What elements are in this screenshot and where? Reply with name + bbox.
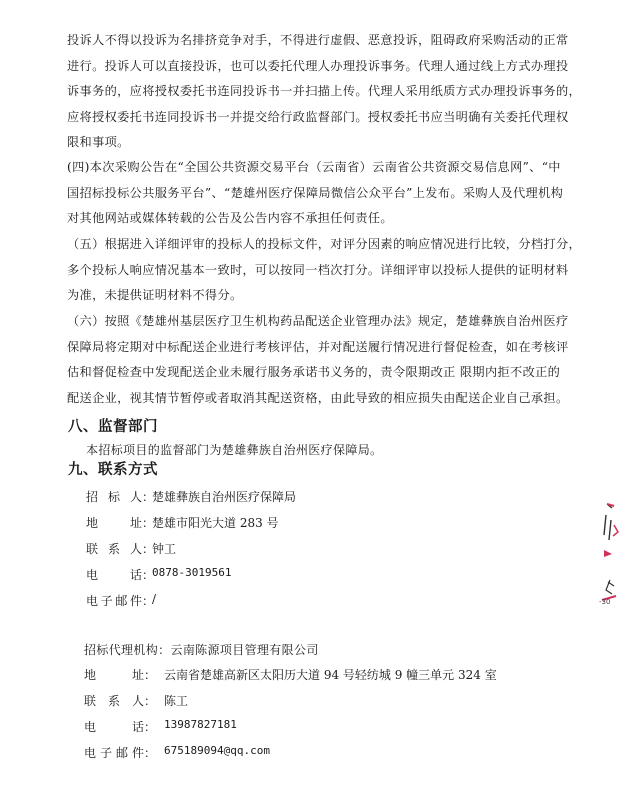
field-value: 13987827181	[164, 718, 237, 735]
section-8-body: 本招标项目的监督部门为楚雄彝族自治州医疗保障局。	[86, 441, 382, 458]
field-colon: ：	[144, 692, 164, 709]
agency-contact-row: 联系人 ： 陈工	[84, 692, 188, 709]
text-line: （五）根据进入详细评审的投标人的投标文件，对评分因素的响应情况进行比较，分档打分…	[67, 232, 547, 258]
tenderer-phone-row: 电话 ： 0878-3019561	[86, 566, 231, 583]
text-line: 为准，未提供证明材料不得分。	[67, 283, 547, 309]
field-colon: ：	[142, 514, 152, 531]
field-value: 云南陈源项目管理有限公司	[170, 643, 318, 657]
field-label: 电话	[84, 718, 144, 735]
field-colon: ：	[144, 718, 164, 735]
field-label: 联系人	[84, 692, 144, 709]
field-colon: ：	[142, 566, 152, 583]
field-value: 楚雄市阳光大道 283 号	[152, 514, 279, 531]
text-line: 多个投标人响应情况基本一致时，可以按同一档次打分。详细评审以投标人提供的证明材料	[67, 258, 547, 284]
field-label: 招标人	[86, 488, 142, 505]
agency-phone-row: 电话 ： 13987827181	[84, 718, 237, 735]
text-line: （六）按照《楚雄州基层医疗卫生机构药品配送企业管理办法》规定，楚雄彝族自治州医疗	[67, 309, 547, 335]
field-value: 云南省楚雄高新区太阳历大道 94 号轻纺城 9 幢三单元 324 室	[164, 666, 497, 683]
paragraph-5: （五）根据进入详细评审的投标人的投标文件，对评分因素的响应情况进行比较，分档打分…	[67, 232, 547, 309]
field-colon: ：	[142, 592, 152, 609]
tenderer-address-row: 地址 ： 楚雄市阳光大道 283 号	[86, 514, 279, 531]
field-label: 电子邮件	[84, 744, 144, 761]
text-line: 估和督促检查中发现配送企业未履行服务承诺书义务的，责令限期改正 限期内拒不改正的	[67, 360, 547, 386]
field-label: 联系人	[86, 540, 142, 557]
text-line: 限和事项。	[67, 130, 547, 156]
text-line: (四)本次采购公告在“全国公共资源交易平台（云南省）云南省公共资源交易信息网”、…	[67, 155, 547, 181]
tenderer-name-row: 招标人 ： 楚雄彝族自治州医疗保障局	[86, 488, 296, 505]
agency-email-row: 电子邮件 ： 675189094@qq.com	[84, 744, 270, 761]
field-label: 招标代理机构	[84, 643, 158, 657]
field-colon: ：	[144, 666, 164, 683]
section-9-heading: 九、联系方式	[68, 458, 158, 479]
tenderer-contact-row: 联系人 ： 钟工	[86, 540, 176, 557]
paragraph-6: （六）按照《楚雄州基层医疗卫生机构药品配送企业管理办法》规定，楚雄彝族自治州医疗…	[67, 309, 547, 411]
field-value: 钟工	[152, 540, 176, 557]
text-line: 应将授权委托书连同投诉书一并提交给行政监督部门。授权委托书应当明确有关委托代理权	[67, 105, 547, 131]
field-label: 电子邮件	[86, 592, 142, 609]
field-colon: ：	[158, 643, 170, 657]
field-value: 楚雄彝族自治州医疗保障局	[152, 488, 296, 505]
field-label: 地址	[84, 666, 144, 683]
field-colon: ：	[142, 540, 152, 557]
text-line: 投诉人不得以投诉为名排挤竞争对手，不得进行虚假、恶意投诉，阻碍政府采购活动的正常	[67, 28, 547, 54]
agency-name-row: 招标代理机构：云南陈源项目管理有限公司	[84, 641, 319, 658]
field-label: 电话	[86, 566, 142, 583]
text-line: 对其他网站或媒体转载的公告及公告内容不承担任何责任。	[67, 206, 547, 232]
field-label: 地址	[86, 514, 142, 531]
section-8-heading: 八、监督部门	[68, 415, 158, 436]
field-value: 0878-3019561	[152, 566, 231, 583]
text-line: 进行。投诉人可以直接投诉，也可以委托代理人办理投诉事务。代理人通过线上方式办理投	[67, 54, 547, 80]
tenderer-email-row: 电子邮件 ： /	[86, 592, 156, 609]
field-value: 675189094@qq.com	[164, 744, 270, 761]
document-page: 投诉人不得以投诉为名排挤竞争对手，不得进行虚假、恶意投诉，阻碍政府采购活动的正常…	[0, 0, 635, 801]
field-value: /	[152, 592, 156, 609]
text-line: 诉事务的，应将授权委托书连同投诉书一并扫描上传。代理人采用纸质方式办理投诉事务的…	[67, 79, 547, 105]
text-line: 保障局将定期对中标配送企业进行考核评估，并对配送履行情况进行督促检查，如在考核评	[67, 335, 547, 361]
svg-text:-30: -30	[599, 598, 610, 606]
text-line: 国招标投标公共服务平台”、“楚雄州医疗保障局微信公众平台”上发布。采购人及代理机…	[67, 181, 547, 207]
field-colon: ：	[144, 744, 164, 761]
official-seal-fragment-icon: -30	[598, 480, 635, 620]
paragraph-4: (四)本次采购公告在“全国公共资源交易平台（云南省）云南省公共资源交易信息网”、…	[67, 155, 547, 232]
text-line: 配送企业，视其情节暂停或者取消其配送资格，由此导致的相应损失由配送企业自己承担。	[67, 386, 547, 412]
field-colon: ：	[142, 488, 152, 505]
field-value: 陈工	[164, 692, 188, 709]
complaint-paragraph: 投诉人不得以投诉为名排挤竞争对手，不得进行虚假、恶意投诉，阻碍政府采购活动的正常…	[67, 28, 547, 156]
agency-address-row: 地址 ： 云南省楚雄高新区太阳历大道 94 号轻纺城 9 幢三单元 324 室	[84, 666, 497, 683]
